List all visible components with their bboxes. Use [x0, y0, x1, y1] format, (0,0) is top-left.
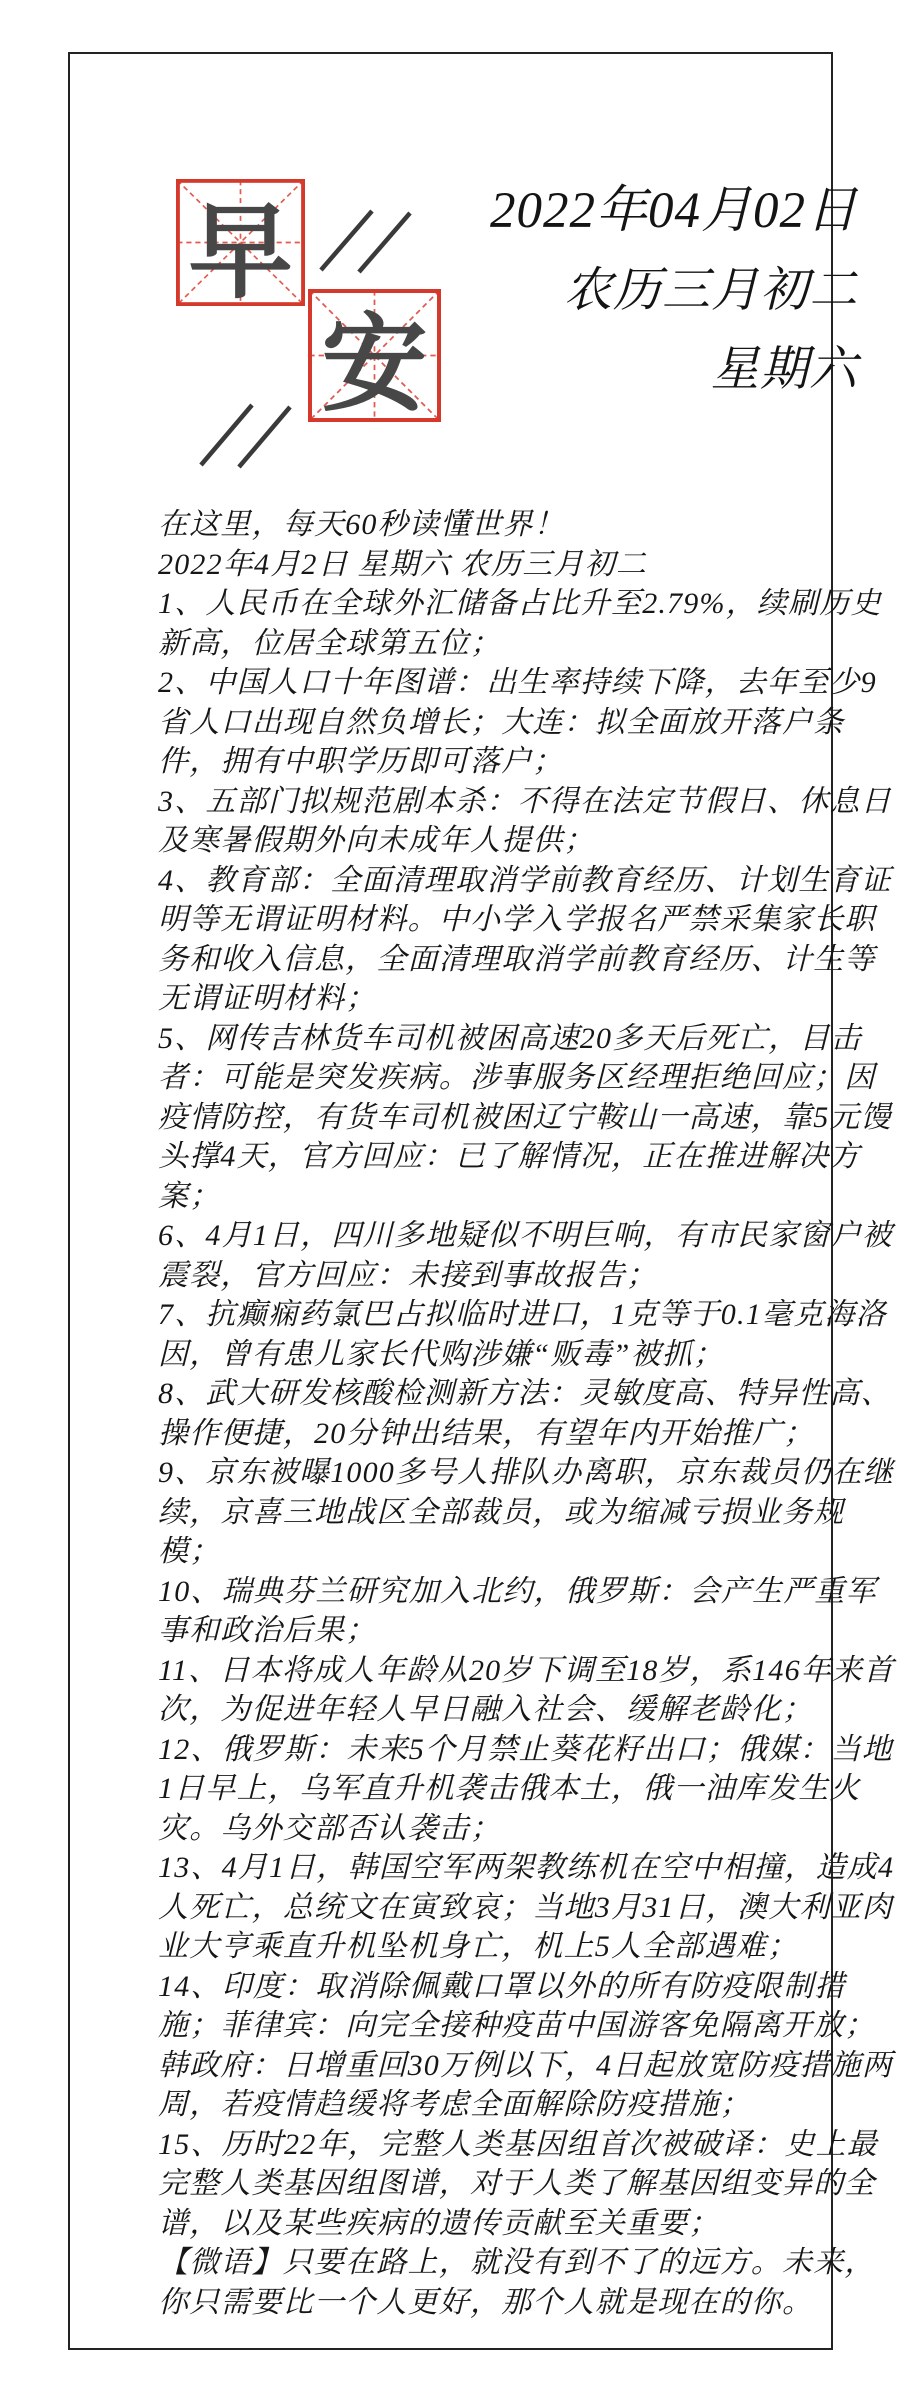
news-item: 12、俄罗斯：未来5个月禁止葵花籽出口；俄媒：当地1日早上，乌军直升机袭击俄本土… [158, 1730, 895, 1849]
logo-char-an: 安 [308, 289, 441, 422]
news-item: 5、网传吉林货车司机被困高速20多天后死亡，目击者：可能是突发疾病。涉事服务区经… [158, 1019, 895, 1217]
news-item: 13、4月1日，韩国空军两架教练机在空中相撞，造成4人死亡，总统文在寅致哀；当地… [158, 1848, 895, 1967]
header-lunar-date: 农历三月初二 [430, 251, 858, 330]
quote-line: 【微语】只要在路上，就没有到不了的远方。未来，你只需要比一个人更好，那个人就是现… [158, 2243, 895, 2322]
news-item: 3、五部门拟规范剧本杀：不得在法定节假日、休息日及寒暑假期外向未成年人提供； [158, 782, 895, 861]
news-item: 1、人民币在全球外汇储备占比升至2.79%，续刷历史新高，位居全球第五位； [158, 584, 895, 663]
mizige-box-zao: 早 [176, 179, 305, 306]
news-body: 在这里，每天60秒读懂世界！ 2022年4月2日 星期六 农历三月初二 1、人民… [158, 505, 895, 2322]
news-item: 2、中国人口十年图谱：出生率持续下降，去年至少9省人口出现自然负增长；大连：拟全… [158, 663, 895, 782]
news-item: 14、印度：取消除佩戴口罩以外的所有防疫限制措施；菲律宾：向完全接种疫苗中国游客… [158, 1967, 895, 2125]
morning-news-page: 早 安 [0, 0, 900, 2400]
header-date: 2022年04月02日 [430, 172, 858, 251]
intro-line: 在这里，每天60秒读懂世界！ [158, 505, 895, 545]
header-date-block: 2022年04月02日 农历三月初二 星期六 [430, 172, 858, 409]
header-weekday: 星期六 [430, 330, 858, 409]
news-item: 15、历时22年，完整人类基因组首次被破译：史上最完整人类基因组图谱，对于人类了… [158, 2125, 895, 2244]
page-border-frame: 早 安 [68, 52, 833, 2350]
subtitle-line: 2022年4月2日 星期六 农历三月初二 [158, 545, 895, 585]
logo-char-zao: 早 [176, 179, 305, 306]
news-item: 7、抗癫痫药氯巴占拟临时进口，1克等于0.1毫克海洛因，曾有患儿家长代购涉嫌“贩… [158, 1295, 895, 1374]
news-item: 6、4月1日，四川多地疑似不明巨响，有市民家窗户被震裂，官方回应：未接到事故报告… [158, 1216, 895, 1295]
mizige-box-an: 安 [308, 289, 441, 422]
double-slash-icon-upper [318, 206, 414, 274]
news-item: 4、教育部：全面清理取消学前教育经历、计划生育证明等无谓证明材料。中小学入学报名… [158, 861, 895, 1019]
news-item: 11、日本将成人年龄从20岁下调至18岁，系146年来首次，为促进年轻人早日融入… [158, 1651, 895, 1730]
double-slash-icon-lower [198, 399, 294, 469]
news-item: 9、京东被曝1000多号人排队办离职，京东裁员仍在继续，京喜三地战区全部裁员，或… [158, 1453, 895, 1572]
news-item: 10、瑞典芬兰研究加入北约，俄罗斯：会产生严重军事和政治后果； [158, 1572, 895, 1651]
news-item: 8、武大研发核酸检测新方法：灵敏度高、特异性高、操作便捷，20分钟出结果，有望年… [158, 1374, 895, 1453]
